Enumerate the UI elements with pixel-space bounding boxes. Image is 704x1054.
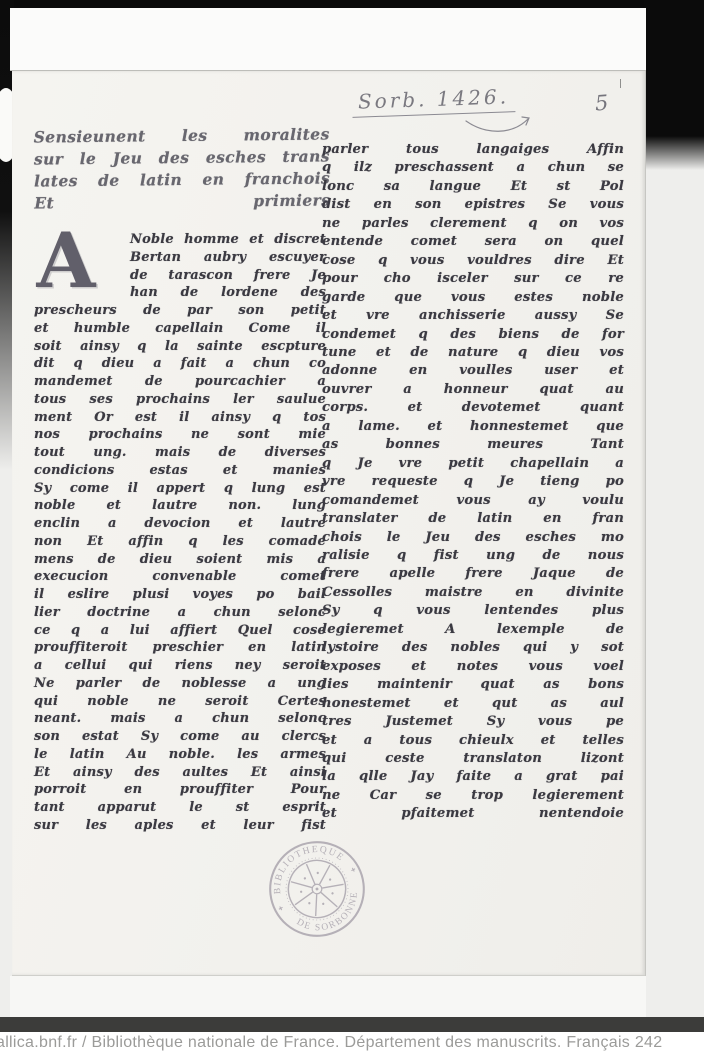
manuscript-line: Bertan aubry escuyer — [130, 249, 326, 267]
gallica-caption: allica.bnf.fr / Bibliothèque nationale d… — [0, 1032, 704, 1053]
manuscript-line: tres Justemet Sy vous pe — [322, 713, 624, 731]
manuscript-line: il eslire plusi voyes po bail — [34, 586, 326, 604]
manuscript-line: dist en son epistres Se vous — [322, 196, 624, 214]
manuscript-line: et vre anchisserie aussy Se — [322, 307, 624, 325]
manuscript-line: Noble homme et discret — [130, 231, 326, 249]
scan-backdrop-top-right — [644, 0, 704, 170]
folio-number: 5 — [594, 91, 609, 116]
manuscript-line: comandemet vous ay voulu — [322, 492, 624, 510]
manuscript-line: as bonnes meures Tant — [322, 436, 624, 454]
manuscript-line: lates de latin en franchois — [34, 167, 330, 192]
manuscript-line: le latin Au noble. les armes — [34, 746, 326, 764]
manuscript-line: de tarascon frere Je — [130, 267, 326, 285]
manuscript-line: Sy come il appert q lung est — [34, 480, 326, 498]
manuscript-line: q Je vre petit chapellain a — [322, 455, 624, 473]
footer-separator-bar — [0, 1017, 704, 1032]
manuscript-line: legieremet A lexemple de — [322, 621, 624, 639]
manuscript-line: ne parles clerement q on vos — [322, 215, 624, 233]
manuscript-line: lonc sa langue Et st Pol — [322, 178, 624, 196]
manuscript-line: tune et de nature q dieu vos — [322, 344, 624, 362]
manuscript-line: q ilz preschassent a chun se — [322, 159, 624, 177]
manuscript-line: corps. et devotemet quant — [322, 399, 624, 417]
flyleaf-edge — [10, 8, 646, 71]
scan-backdrop-top — [0, 0, 704, 8]
manuscript-line: frere apelle frere Jaque de — [322, 565, 624, 583]
manuscript-line: qui noble ne seroit Certes — [34, 693, 326, 711]
manuscript-line: adonne en voulles user et — [322, 362, 624, 380]
right-column: parler tous langaiges Affinq ilz prescha… — [322, 141, 624, 824]
manuscript-line: lies maintenir quat as bons — [322, 676, 624, 694]
manuscript-line: ouvrer a honneur quat au — [322, 381, 624, 399]
page-bottom-margin — [10, 976, 646, 1017]
manuscript-line: cose q vous vouldres dire Et — [322, 252, 624, 270]
manuscript-line: ment Or est il ainsy q tos — [34, 409, 326, 427]
manuscript-line: garde que vous estes noble — [322, 289, 624, 307]
manuscript-line: prescheurs de par son petit — [34, 302, 326, 320]
manuscript-line: non Et affin q les comade — [34, 533, 326, 551]
rubric: Sensieunent les moralitessur le Jeu des … — [34, 123, 331, 214]
manuscript-line: porroit en prouffiter Pour — [34, 781, 326, 799]
manuscript-line: mens de dieu soient mis a — [34, 551, 326, 569]
manuscript-line: enclin a devocion et lautre — [34, 515, 326, 533]
manuscript-line: et humble capellain Come il — [34, 320, 326, 338]
manuscript-line: honestemet et qut as aul — [322, 695, 624, 713]
manuscript-line: chois le Jeu des esches mo — [322, 529, 624, 547]
annotation-flourish — [464, 113, 536, 139]
gallica-scan-view: Sorb. 1426. 5 Sensieunent les moralitess… — [0, 0, 704, 1054]
manuscript-line: condicions estas et manies — [34, 462, 326, 480]
manuscript-line: mandemet de pourcachier a — [34, 373, 326, 391]
manuscript-line: exposes et notes vous voel — [322, 658, 624, 676]
pencil-tick-mark — [620, 79, 621, 88]
manuscript-line: a lame. et honnestemet que — [322, 418, 624, 436]
manuscript-line: prouffiteroit preschier en latin — [34, 639, 326, 657]
manuscript-line: Ne parler de noblesse a ung — [34, 675, 326, 693]
sorbonne-library-stamp: BIBLIOTHEQUE DE SORBONNE — [265, 837, 369, 941]
manuscript-line: execucion convenable comet — [34, 568, 326, 586]
manuscript-line: Sy q vous lentendes plus — [322, 602, 624, 620]
manuscript-line: ce q a lui affiert Quel cose — [34, 622, 326, 640]
manuscript-line: translater de latin en fran — [322, 510, 624, 528]
manuscript-line: vre requeste q Je tieng po — [322, 473, 624, 491]
manuscript-line: et pfaitemet nentendoie — [322, 805, 624, 823]
gallica-caption-bar: allica.bnf.fr / Bibliothèque nationale d… — [0, 1032, 704, 1054]
scan-photo: Sorb. 1426. 5 Sensieunent les moralitess… — [0, 0, 704, 1017]
manuscript-line: a cellui qui riens ney seroit — [34, 657, 326, 675]
manuscript-line: son estat Sy come au clercs — [34, 728, 326, 746]
manuscript-line: ralisie q fist ung de nous — [322, 547, 624, 565]
manuscript-line: qui ceste translaton lizont — [322, 750, 624, 768]
manuscript-line: lier doctrine a chun selonc — [34, 604, 326, 622]
manuscript-line: ne Car se trop legierement — [322, 787, 624, 805]
manuscript-line: entende comet sera on quel — [322, 233, 624, 251]
manuscript-line: neant. mais a chun selonc — [34, 710, 326, 728]
manuscript-line: tous ses prochains ler saulue — [34, 391, 326, 409]
manuscript-line: condemet q des biens de for — [322, 326, 624, 344]
manuscript-line: et a tous chieulx et telles — [322, 732, 624, 750]
manuscript-line: lystoire des nobles qui y sot — [322, 639, 624, 657]
manuscript-line: soit ainsy q la sainte escpture — [34, 338, 326, 356]
manuscript-line: nos prochains ne sont mie — [34, 426, 326, 444]
manuscript-line: Sensieunent les moralites — [34, 123, 330, 148]
manuscript-line: noble et lautre non. lung — [34, 497, 326, 515]
manuscript-line: tout ung. mais de diverses — [34, 444, 326, 462]
manuscript-line: parler tous langaiges Affin — [322, 141, 624, 159]
manuscript-line: sur les aples et leur fist — [34, 817, 326, 835]
manuscript-line: la qlle Jay faite a grat pai — [322, 768, 624, 786]
manuscript-line: sur le Jeu des esches trans — [34, 145, 330, 170]
manuscript-line: pour cho isceler sur ce re — [322, 270, 624, 288]
manuscript-line: Et ainsy des aultes Et ainsi — [34, 764, 326, 782]
left-column: Noble homme et discretBertan aubry escuy… — [34, 231, 326, 835]
manuscript-line: tant apparut le st esprit — [34, 799, 326, 817]
manuscript-page: Sorb. 1426. 5 Sensieunent les moralitess… — [12, 71, 645, 976]
manuscript-line: Et primiers — [34, 189, 330, 214]
manuscript-line: han de lordene des — [130, 284, 326, 302]
manuscript-line: Cessolles maistre en divinite — [322, 584, 624, 602]
manuscript-line: dit q dieu a fait a chun co — [34, 355, 326, 373]
